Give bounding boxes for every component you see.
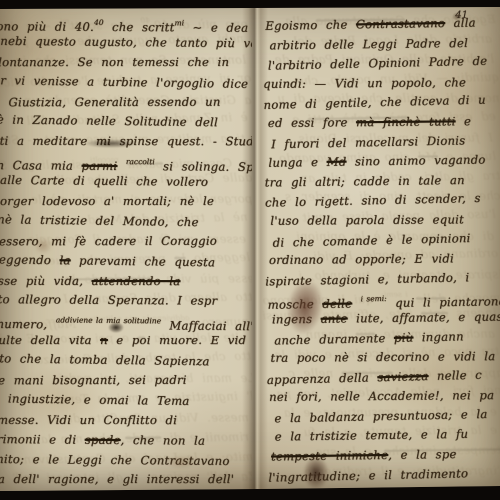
manuscript-line: mito; e le Leggi che Contrastavano (0, 450, 244, 472)
manuscript-line: Le mani bisognanti, sei padri (0, 371, 244, 392)
manuscript-line: a Giustizia, Generalità essendo un (0, 92, 246, 113)
manuscript-line: or vi venisse a turbine l'orgoglio dice (0, 71, 246, 95)
right-page-text: Egoismo che Contrastavano allaarbitrio d… (256, 7, 500, 487)
manuscript-line: nebi questo augusto, che tanto più volt (0, 32, 246, 54)
manuscript-line: è in Zanado nelle Solitudine dell (0, 111, 246, 134)
manuscript-line: ed essi fore mà finchè tutti e (268, 112, 500, 134)
page-number: 41 (455, 10, 468, 21)
right-page: Egoismo che Contrastavano allaarbitrio d… (256, 7, 500, 490)
manuscript-line: n Casa mia parmi raccolti si solinga. Sp… (0, 151, 246, 173)
manuscript-line: nè la tristizie del Mondo, che (0, 210, 245, 233)
manuscript-line: esse più vida, attendendo la (0, 271, 245, 291)
manuscript-line: porger lodevoso a' mortali; nè le (0, 192, 245, 212)
manuscript-line: ulte della vita n e poi muore. E vid (0, 331, 244, 351)
manuscript-line: leggendo la parevami che questa (0, 250, 245, 273)
manuscript-line: numero, addiviene la mia solitudine Maff… (0, 310, 245, 332)
manuscript-line: dalle Carte di quelli che vollero (0, 171, 245, 193)
manuscript-line: tto allegro della Speranza. I espr (0, 291, 245, 313)
manuscript-line: ono più di 40.40 che scrittmi ~ e dea (0, 12, 246, 33)
manuscript-line: messe. Vidi un Conflitto di (0, 411, 244, 431)
left-page-text: ono più di 40.40 che scrittmi ~ e deaneb… (0, 7, 246, 490)
manuscript-line: tto che la tomba della Sapienza (0, 349, 244, 372)
manuscript-line: l' ingiustizie, e omai la Tema (0, 389, 244, 412)
manuscript-line: rimonii e di spade, che non la (0, 430, 244, 452)
manuscript-paper: ono più di 40.40 che scrittmi ~ e deaneb… (0, 0, 500, 500)
left-page: ono più di 40.40 che scrittmi ~ e deaneb… (0, 7, 252, 490)
manuscript-line: Za dell' ragione, e gli interessi dell' (0, 470, 244, 490)
manuscript-line: essero, mi fè cadere il Coraggio (0, 232, 245, 252)
manuscript-line: lontananze. Se non temessi che in (0, 53, 246, 73)
manuscript-line: ti a meditare mi spinse quest. - Stud (0, 132, 246, 152)
manuscript-photo: ono più di 40.40 che scrittmi ~ e deaneb… (0, 0, 500, 500)
